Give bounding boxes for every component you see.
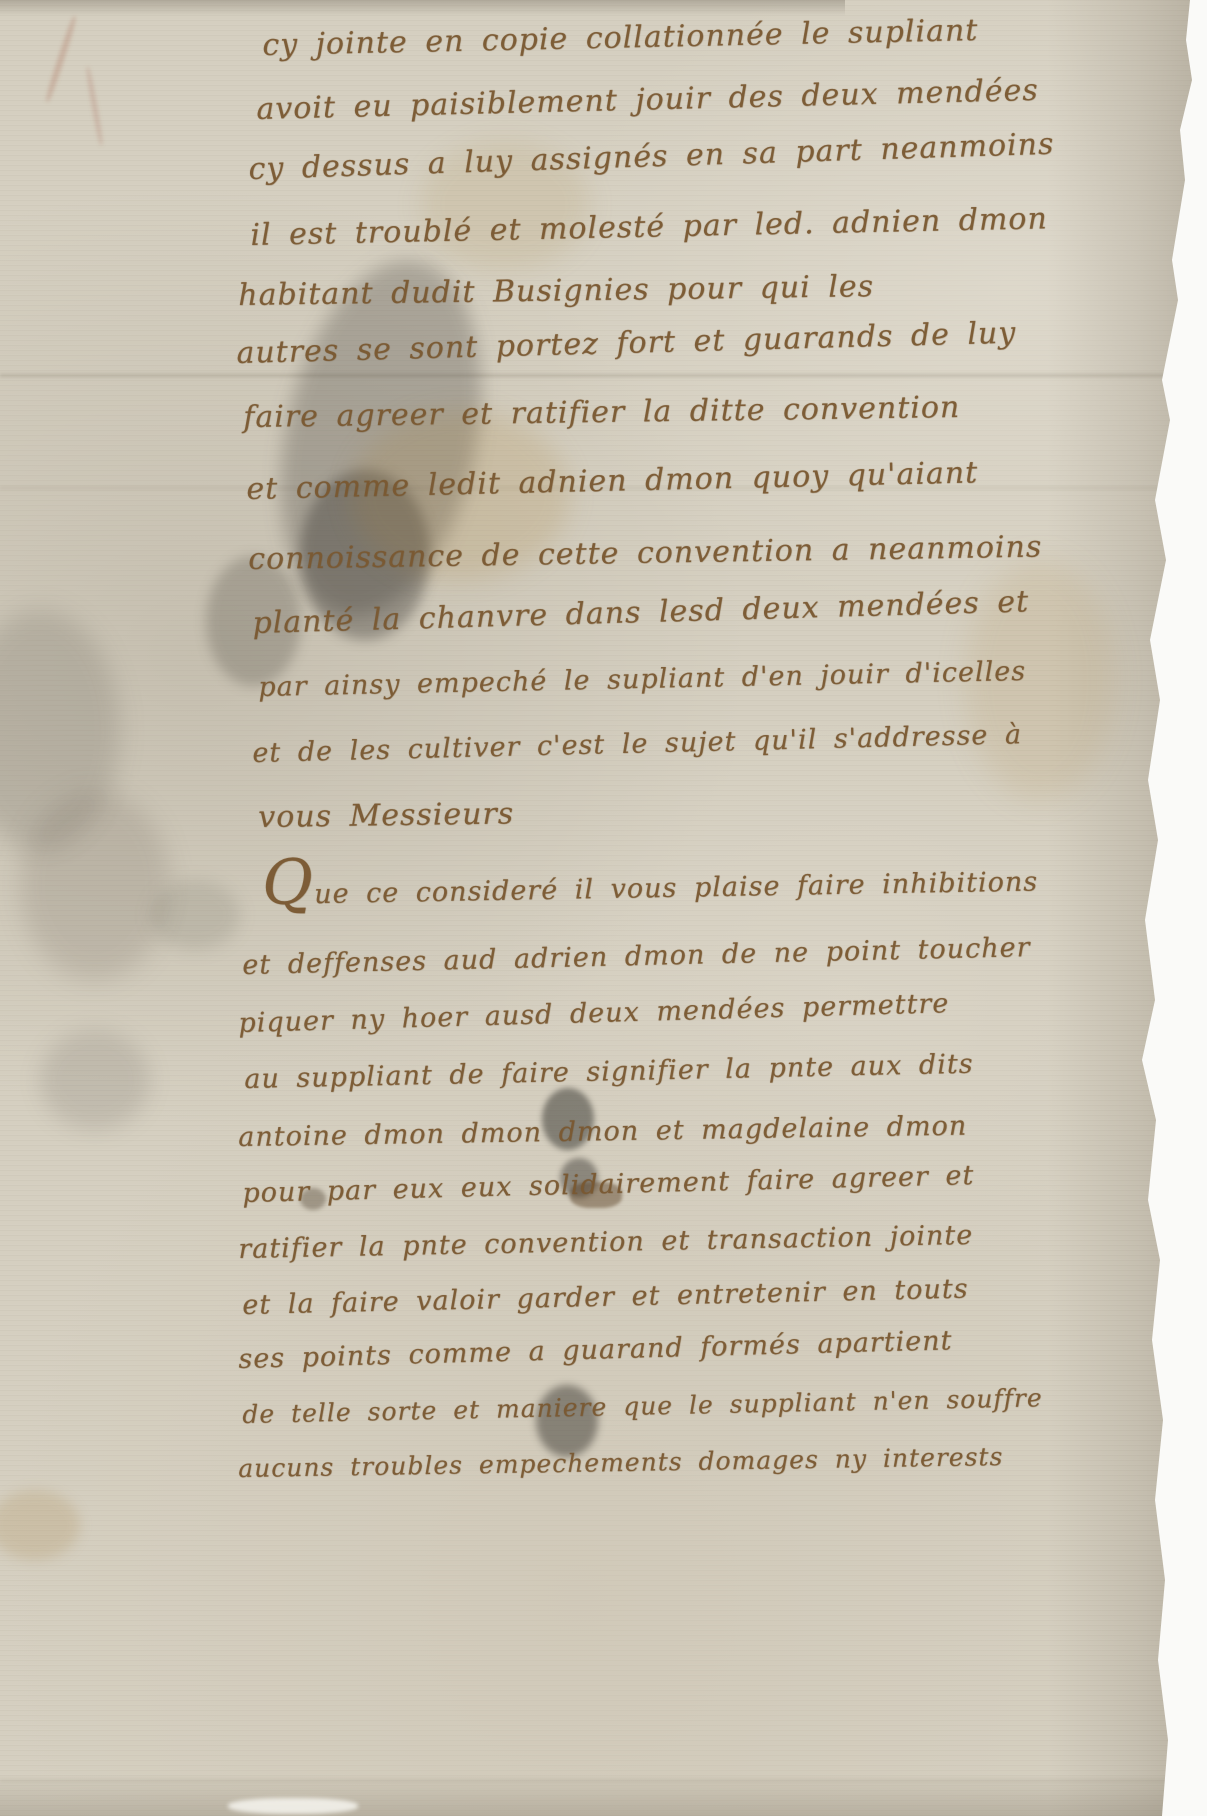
manuscript-line-17: au suppliant de faire signifier la pnte …: [244, 1049, 974, 1095]
manuscript-line-4: il est troublé et molesté par led. adnie…: [250, 201, 1048, 253]
manuscript-line-1: cy jointe en copie collationnée le supli…: [262, 13, 979, 63]
manuscript-line-23: de telle sorte et maniere que le supplia…: [242, 1383, 1043, 1429]
manuscript-line-20: ratifier la pnte convention et transacti…: [238, 1220, 973, 1265]
manuscript-line-16: piquer ny hoer ausd deux mendées permett…: [238, 988, 950, 1039]
manuscript-line-10: planté la chanvre dans lesd deux mendées…: [252, 584, 1030, 641]
paper-sheet: cy jointe en copie collationnée le supli…: [0, 0, 1207, 1816]
scanned-document: cy jointe en copie collationnée le supli…: [0, 0, 1207, 1816]
manuscript-line-21: et la faire valoir garder et entretenir …: [242, 1274, 969, 1321]
manuscript-line-12: et de les cultiver c'est le sujet qu'il …: [252, 719, 1022, 769]
manuscript-line-11: par ainsy empeché le supliant d'en jouir…: [258, 656, 1026, 703]
handwriting-layer: cy jointe en copie collationnée le supli…: [0, 0, 1207, 1816]
manuscript-line-18: antoine dmon dmon dmon et magdelaine dmo…: [238, 1111, 967, 1153]
manuscript-line-6: autres se sont portez fort et guarands d…: [236, 316, 1017, 371]
manuscript-line-2: avoit eu paisiblement jouir des deux men…: [256, 73, 1039, 127]
manuscript-line-5: habitant dudit Busignies pour qui les: [238, 269, 874, 313]
manuscript-line-15: et deffenses aud adrien dmon de ne point…: [242, 932, 1031, 981]
manuscript-line-22: ses points comme a guarand formés aparti…: [238, 1325, 953, 1375]
manuscript-line-14: Que ce consideré il vous plaise faire in…: [262, 866, 1038, 911]
manuscript-line-24: aucuns troubles empechements domages ny …: [238, 1442, 1004, 1483]
manuscript-line-7: faire agreer et ratifier la ditte conven…: [243, 390, 960, 435]
manuscript-line-19: pour par eux eux solidairement faire agr…: [242, 1160, 975, 1209]
manuscript-line-8: et comme ledit adnien dmon quoy qu'aiant: [246, 455, 979, 507]
manuscript-line-13: vous Messieurs: [258, 796, 514, 835]
manuscript-line-3: cy dessus a luy assignés en sa part nean…: [248, 127, 1055, 187]
manuscript-line-9: connoissance de cette convention a neanm…: [248, 530, 1042, 577]
